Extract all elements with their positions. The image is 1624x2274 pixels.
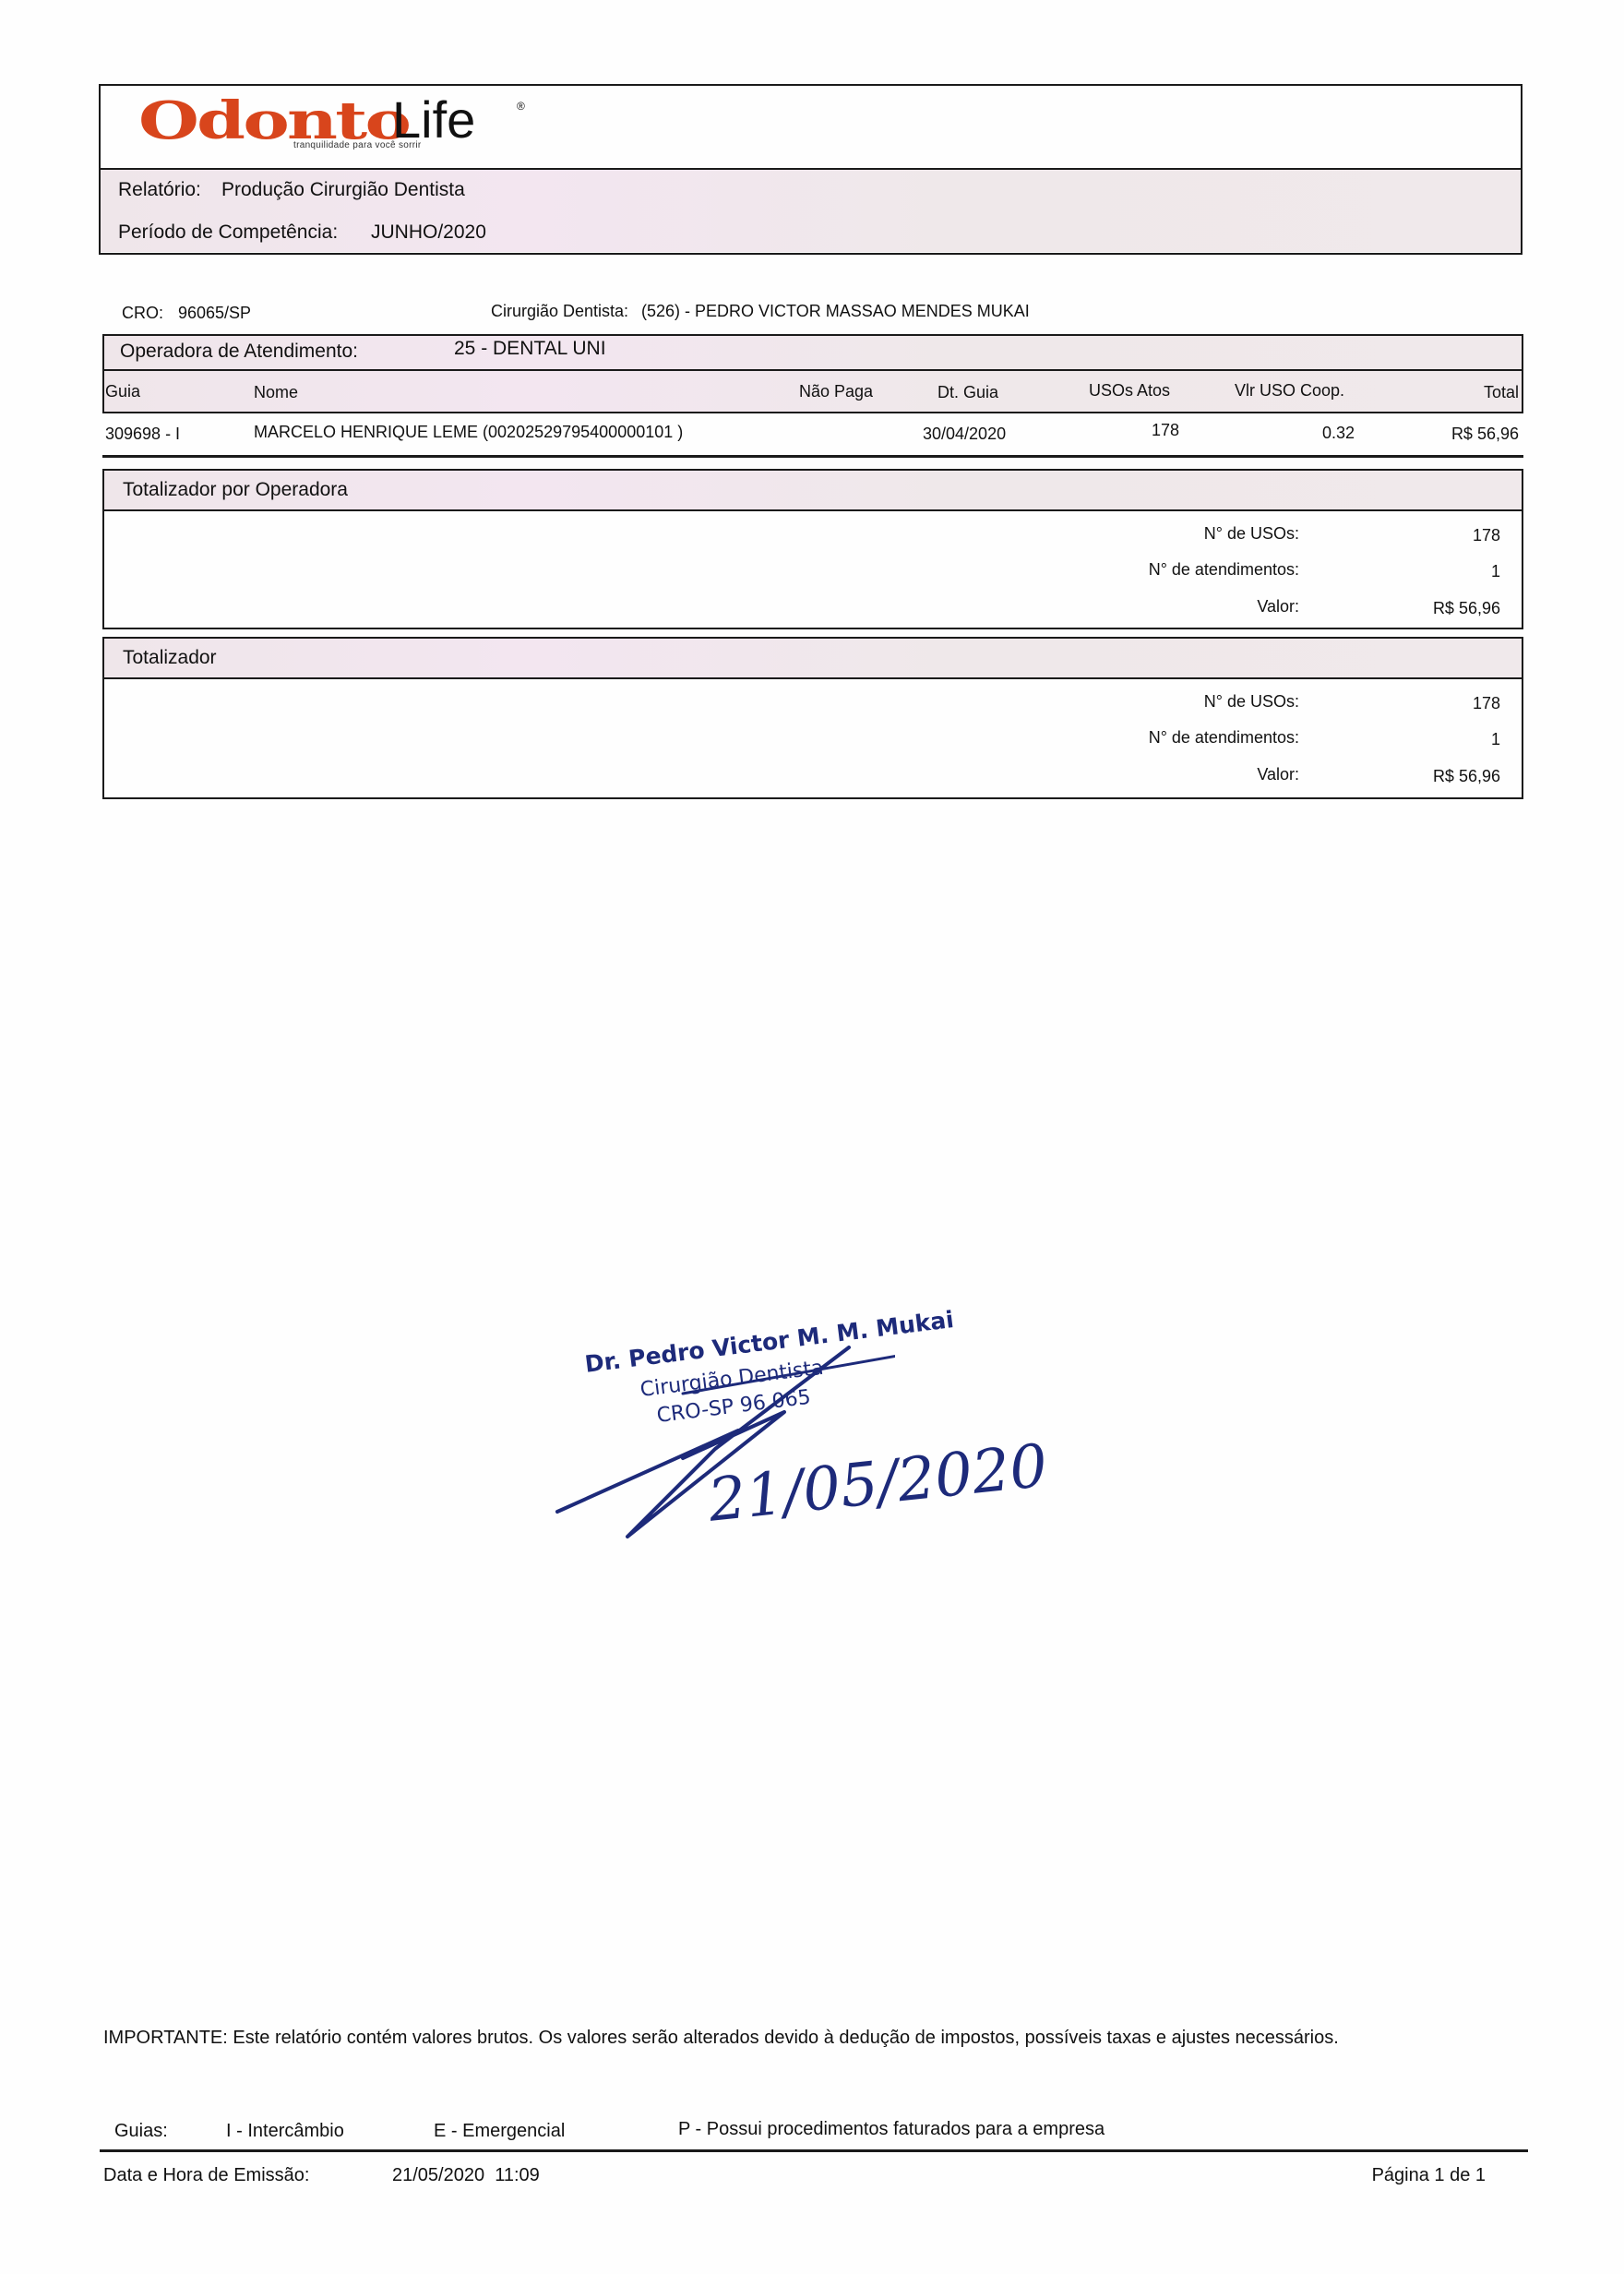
general-atend-value: 1 [1491,730,1500,749]
logo-tagline: tranquilidade para você sorrir [293,140,422,150]
cro-label: CRO: [122,304,163,323]
col-dt-guia: Dt. Guia [937,383,998,402]
operator-usos-label: N° de USOs: [1204,524,1299,544]
general-totals-divider [102,677,1523,679]
dentist-value: (526) - PEDRO VICTOR MASSAO MENDES MUKAI [641,302,1030,321]
important-notice: IMPORTANTE: Este relatório contém valore… [103,2027,1423,2049]
col-total: Total [1484,383,1519,402]
general-totals-header-band [104,639,1522,677]
period-value: JUNHO/2020 [371,221,486,244]
period-label: Período de Competência: [118,221,338,244]
operator-label: Operadora de Atendimento: [120,341,358,363]
operator-usos-value: 178 [1473,526,1500,545]
footer-rule [100,2149,1528,2152]
col-vlr-uso-coop: Vlr USO Coop. [1235,381,1344,401]
general-totals-title: Totalizador [123,647,217,669]
emission-label: Data e Hora de Emissão: [103,2165,309,2186]
cell-vlr-uso-coop: 0.32 [1322,424,1355,443]
cell-total: R$ 56,96 [1451,425,1519,444]
general-atend-label: N° de atendimentos: [1149,728,1299,748]
row-bottom-rule [102,455,1523,458]
legend-intercambio: I - Intercâmbio [226,2121,344,2142]
cell-usos-atos: 178 [1152,421,1179,440]
col-nome: Nome [254,383,298,402]
registered-mark-icon: ® [517,100,525,113]
general-usos-label: N° de USOs: [1204,692,1299,712]
general-valor-label: Valor: [1257,765,1299,784]
report-value: Produção Cirurgião Dentista [221,179,465,201]
guias-label: Guias: [114,2121,168,2142]
page-indicator: Página 1 de 1 [1372,2165,1486,2186]
operator-atend-label: N° de atendimentos: [1149,560,1299,580]
col-guia: Guia [105,382,140,401]
operator-divider [102,369,1523,371]
report-label: Relatório: [118,179,201,201]
operator-value: 25 - DENTAL UNI [454,338,606,360]
legend-faturados: P - Possui procedimentos faturados para … [678,2119,1105,2140]
emission-value: 21/05/2020 11:09 [392,2165,540,2186]
general-usos-value: 178 [1473,694,1500,713]
operator-valor-label: Valor: [1257,597,1299,616]
cro-value: 96065/SP [178,304,251,323]
operator-valor-value: R$ 56,96 [1433,599,1500,618]
operator-atend-value: 1 [1491,562,1500,581]
dentist-label: Cirurgião Dentista: [491,302,628,321]
cell-nome: MARCELO HENRIQUE LEME (00202529795400000… [254,423,683,442]
cell-guia: 309698 - I [105,425,180,444]
operator-totals-divider [102,509,1523,511]
cell-dt-guia: 30/04/2020 [923,425,1006,444]
header-divider [99,168,1522,170]
col-nao-paga: Não Paga [799,382,873,401]
col-usos-atos: USOs Atos [1089,381,1170,401]
legend-emergencial: E - Emergencial [434,2121,565,2142]
general-valor-value: R$ 56,96 [1433,767,1500,786]
operator-totals-title: Totalizador por Operadora [123,479,348,501]
